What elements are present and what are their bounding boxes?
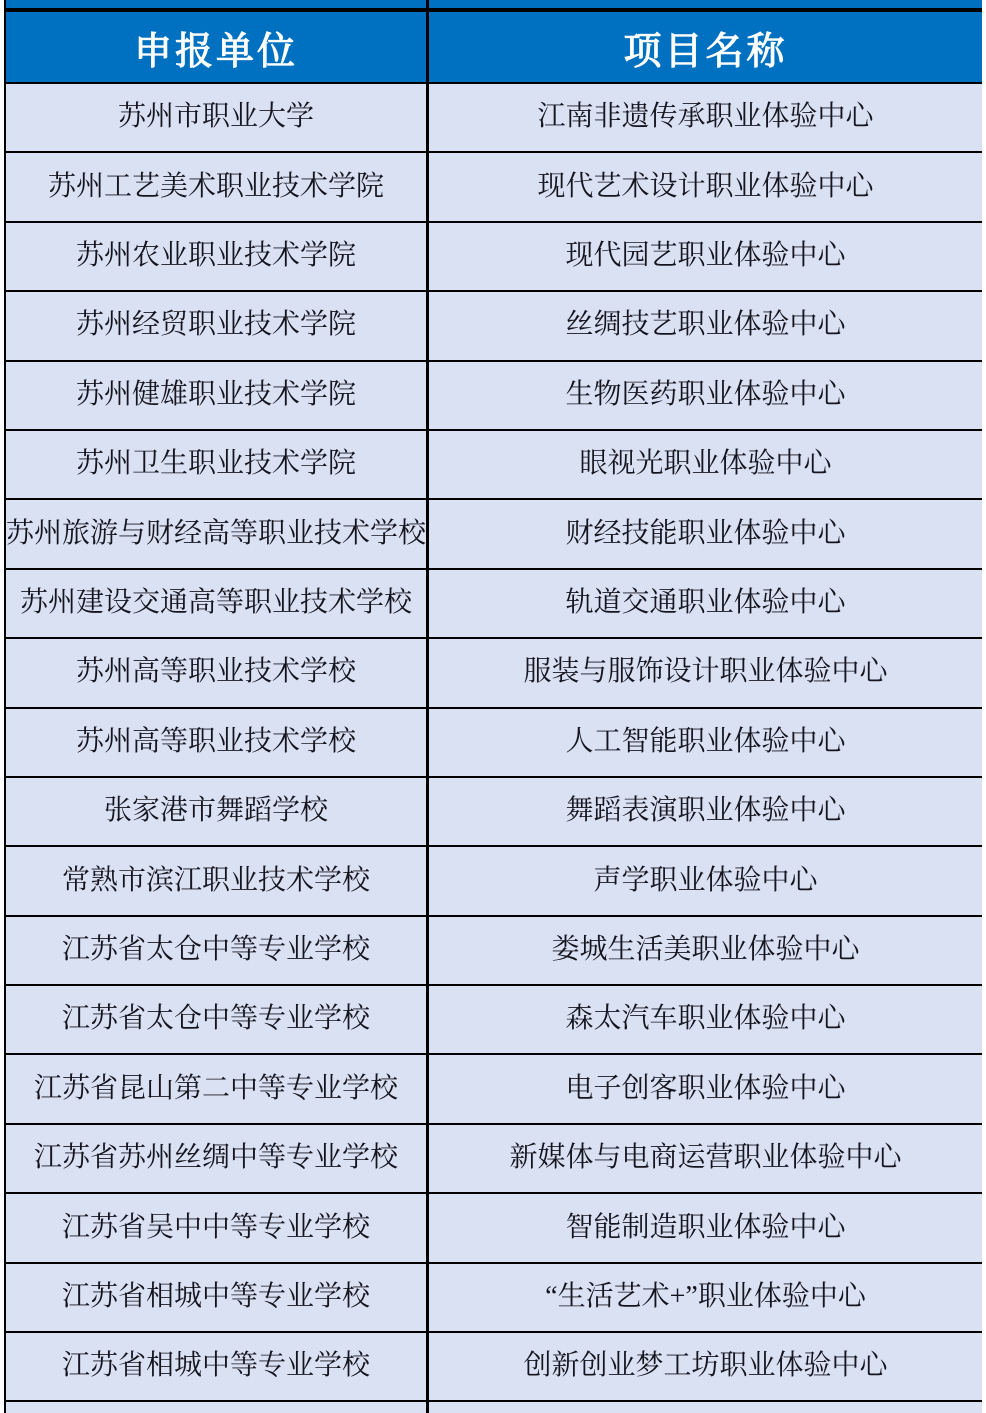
project-cell: 财经技能职业体验中心 [429, 500, 982, 567]
unit-cell: 苏州高等职业技术学校 [6, 639, 429, 706]
project-cell: 娄城生活美职业体验中心 [429, 917, 982, 984]
project-cell: 电子创客职业体验中心 [429, 1055, 982, 1122]
unit-cell: 苏州建设交通高等职业技术学校 [6, 570, 429, 637]
unit-cell: 江苏省太仓中等专业学校 [6, 917, 429, 984]
top-strip-right [429, 0, 982, 8]
table-bottom-crop-strip [6, 1402, 982, 1413]
project-cell: 江南非遗传承职业体验中心 [429, 84, 982, 151]
unit-cell: 苏州农业职业技术学院 [6, 223, 429, 290]
project-cell: 人工智能职业体验中心 [429, 709, 982, 776]
project-cell: 眼视光职业体验中心 [429, 431, 982, 498]
project-cell: 服装与服饰设计职业体验中心 [429, 639, 982, 706]
unit-cell: 江苏省相城中等专业学校 [6, 1264, 429, 1331]
unit-cell: 江苏省吴中中等专业学校 [6, 1194, 429, 1261]
project-cell: 智能制造职业体验中心 [429, 1194, 982, 1261]
table-body: 苏州市职业大学 江南非遗传承职业体验中心 苏州工艺美术职业技术学院 现代艺术设计… [6, 84, 982, 1402]
table-row: 江苏省昆山第二中等专业学校 电子创客职业体验中心 [6, 1055, 982, 1124]
unit-cell: 苏州高等职业技术学校 [6, 709, 429, 776]
project-cell: 丝绸技艺职业体验中心 [429, 292, 982, 359]
project-cell: 新媒体与电商运营职业体验中心 [429, 1125, 982, 1192]
project-cell: 轨道交通职业体验中心 [429, 570, 982, 637]
unit-cell: 江苏省太仓中等专业学校 [6, 986, 429, 1053]
table-row: 苏州卫生职业技术学院 眼视光职业体验中心 [6, 431, 982, 500]
unit-cell: 江苏省苏州丝绸中等专业学校 [6, 1125, 429, 1192]
project-cell: 声学职业体验中心 [429, 847, 982, 914]
unit-cell: 苏州旅游与财经高等职业技术学校 [6, 500, 429, 567]
unit-cell: 江苏省昆山第二中等专业学校 [6, 1055, 429, 1122]
unit-cell: 苏州卫生职业技术学院 [6, 431, 429, 498]
table-row: 苏州市职业大学 江南非遗传承职业体验中心 [6, 84, 982, 153]
table-row: 苏州建设交通高等职业技术学校 轨道交通职业体验中心 [6, 570, 982, 639]
unit-cell: 苏州健雄职业技术学院 [6, 362, 429, 429]
unit-cell: 常熟市滨江职业技术学校 [6, 847, 429, 914]
table-row: 苏州农业职业技术学院 现代园艺职业体验中心 [6, 223, 982, 292]
table-row: 江苏省吴中中等专业学校 智能制造职业体验中心 [6, 1194, 982, 1263]
unit-cell: 苏州工艺美术职业技术学院 [6, 153, 429, 220]
table-row: 苏州高等职业技术学校 服装与服饰设计职业体验中心 [6, 639, 982, 708]
table-row: 苏州健雄职业技术学院 生物医药职业体验中心 [6, 362, 982, 431]
project-approval-table: 申报单位 项目名称 苏州市职业大学 江南非遗传承职业体验中心 苏州工艺美术职业技… [4, 0, 982, 1413]
table-row: 苏州旅游与财经高等职业技术学校 财经技能职业体验中心 [6, 500, 982, 569]
table-row: 江苏省相城中等专业学校 “生活艺术+”职业体验中心 [6, 1264, 982, 1333]
table-row: 苏州高等职业技术学校 人工智能职业体验中心 [6, 709, 982, 778]
column-header-project: 项目名称 [429, 12, 982, 82]
project-cell: “生活艺术+”职业体验中心 [429, 1264, 982, 1331]
table-row: 苏州经贸职业技术学院 丝绸技艺职业体验中心 [6, 292, 982, 361]
unit-cell: 张家港市舞蹈学校 [6, 778, 429, 845]
project-cell: 生物医药职业体验中心 [429, 362, 982, 429]
project-cell: 创新创业梦工坊职业体验中心 [429, 1333, 982, 1400]
project-cell: 现代园艺职业体验中心 [429, 223, 982, 290]
table-row: 江苏省太仓中等专业学校 娄城生活美职业体验中心 [6, 917, 982, 986]
project-cell: 森太汽车职业体验中心 [429, 986, 982, 1053]
table-row: 张家港市舞蹈学校 舞蹈表演职业体验中心 [6, 778, 982, 847]
column-header-unit: 申报单位 [6, 12, 429, 82]
table-row: 苏州工艺美术职业技术学院 现代艺术设计职业体验中心 [6, 153, 982, 222]
top-strip-left [6, 0, 429, 8]
bottom-strip-left [6, 1402, 429, 1413]
unit-cell: 苏州经贸职业技术学院 [6, 292, 429, 359]
project-cell: 现代艺术设计职业体验中心 [429, 153, 982, 220]
table-row: 江苏省太仓中等专业学校 森太汽车职业体验中心 [6, 986, 982, 1055]
unit-cell: 江苏省相城中等专业学校 [6, 1333, 429, 1400]
table-row: 常熟市滨江职业技术学校 声学职业体验中心 [6, 847, 982, 916]
table-header-row: 申报单位 项目名称 [6, 8, 982, 84]
page: 申报单位 项目名称 苏州市职业大学 江南非遗传承职业体验中心 苏州工艺美术职业技… [0, 0, 986, 1413]
table-row: 江苏省苏州丝绸中等专业学校 新媒体与电商运营职业体验中心 [6, 1125, 982, 1194]
table-top-crop-strip [6, 0, 982, 8]
table-row: 江苏省相城中等专业学校 创新创业梦工坊职业体验中心 [6, 1333, 982, 1402]
project-cell: 舞蹈表演职业体验中心 [429, 778, 982, 845]
bottom-strip-right [429, 1402, 982, 1413]
unit-cell: 苏州市职业大学 [6, 84, 429, 151]
